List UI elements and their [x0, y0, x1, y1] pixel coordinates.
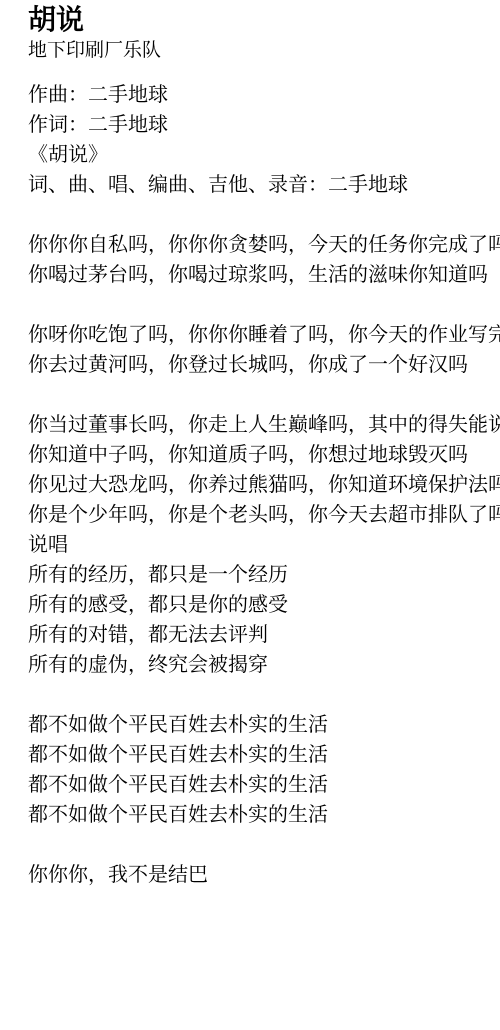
lyric-line: 都不如做个平民百姓去朴实的生活	[28, 710, 500, 740]
lyric-line: 你去过黄河吗，你登过长城吗，你成了一个好汉吗	[28, 350, 500, 380]
lyric-line: 你见过大恐龙吗，你养过熊猫吗，你知道环境保护法吗	[28, 470, 500, 500]
lyric-line	[28, 680, 500, 710]
song-title: 胡说	[28, 4, 500, 36]
lyric-line: 你知道中子吗，你知道质子吗，你想过地球毁灭吗	[28, 440, 500, 470]
lyric-line: 你你你自私吗，你你你贪婪吗，今天的任务你完成了吗	[28, 230, 500, 260]
lyrics-block: 你你你自私吗，你你你贪婪吗，今天的任务你完成了吗你喝过茅台吗，你喝过琼浆吗，生活…	[28, 230, 500, 890]
lyric-line	[28, 380, 500, 410]
credits-block: 作曲：二手地球作词：二手地球《胡说》词、曲、唱、编曲、吉他、录音：二手地球	[28, 80, 500, 200]
credit-line: 作曲：二手地球	[28, 80, 500, 110]
lyric-line: 你呀你吃饱了吗，你你你睡着了吗，你今天的作业写完了吗	[28, 320, 500, 350]
lyric-line: 你你你，我不是结巴	[28, 860, 500, 890]
credit-line: 词、曲、唱、编曲、吉他、录音：二手地球	[28, 170, 500, 200]
lyric-line: 你是个少年吗，你是个老头吗，你今天去超市排队了吗	[28, 500, 500, 530]
lyrics-page: 胡说 地下印刷厂乐队 作曲：二手地球作词：二手地球《胡说》词、曲、唱、编曲、吉他…	[0, 0, 500, 890]
lyric-line	[28, 290, 500, 320]
artist-name: 地下印刷厂乐队	[28, 36, 500, 66]
lyric-line: 都不如做个平民百姓去朴实的生活	[28, 740, 500, 770]
lyric-line	[28, 830, 500, 860]
lyric-line: 都不如做个平民百姓去朴实的生活	[28, 770, 500, 800]
lyric-line: 说唱	[28, 530, 500, 560]
lyric-line: 所有的经历，都只是一个经历	[28, 560, 500, 590]
lyric-line: 所有的虚伪，终究会被揭穿	[28, 650, 500, 680]
credit-line: 作词：二手地球	[28, 110, 500, 140]
lyric-line: 所有的感受，都只是你的感受	[28, 590, 500, 620]
lyric-line: 你当过董事长吗，你走上人生巅峰吗，其中的得失能说吗	[28, 410, 500, 440]
lyric-line: 你喝过茅台吗，你喝过琼浆吗，生活的滋味你知道吗	[28, 260, 500, 290]
credit-line: 《胡说》	[28, 140, 500, 170]
lyric-line: 都不如做个平民百姓去朴实的生活	[28, 800, 500, 830]
lyric-line: 所有的对错，都无法去评判	[28, 620, 500, 650]
